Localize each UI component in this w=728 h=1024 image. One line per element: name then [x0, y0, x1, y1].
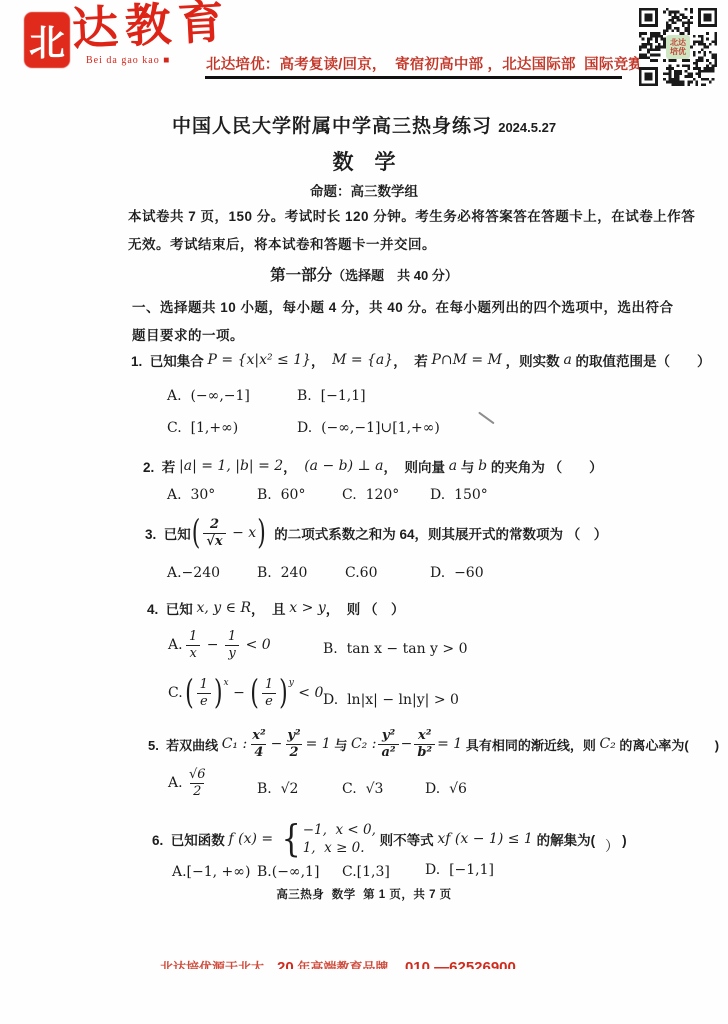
seal-character: 北 [29, 15, 65, 66]
left-paren: ( [185, 674, 194, 713]
promo-text-3: 年高端教育品牌。 [294, 960, 405, 969]
scan-artifact-line [478, 412, 494, 424]
q6-option-d: D. [−1,1] [425, 862, 494, 878]
q2-math-norms: |a| = 1, |b| = 2 [179, 458, 283, 474]
qr-center-badge: 北达 培优 [666, 35, 690, 59]
q5-option-c: C. √3 [342, 781, 383, 797]
notice-line-1: 本试卷共 7 页，150 分。考试时长 120 分钟。考生务必将答案答在答题卡上… [128, 205, 695, 225]
promo-text-2: 20 [277, 959, 294, 969]
exam-date: 2024.5.27 [498, 120, 556, 135]
q5-option-d: D. √6 [425, 781, 467, 797]
brand-subtext: Bei da gao kao ■ [86, 55, 170, 66]
brand-script-text: 达教育 [71, 0, 232, 52]
q6-math-inequality: xf (x − 1) ≤ 1 [437, 831, 532, 847]
q3-fraction: 2√x [203, 518, 225, 548]
instruction-line-1: 一、选择题共 10 小题，每小题 4 分，共 40 分。在每小题列出的四个选项中… [132, 296, 674, 316]
qr-code-image: 北达 培优 [636, 8, 720, 86]
q5-option-a: A. √62 [168, 768, 211, 798]
exam-scan-page: 北 达教育 Bei da gao kao ■ 北达培优：高考复读/回京， 寄宿初… [0, 0, 728, 1024]
q3-option-d: D. −60 [430, 565, 484, 581]
left-paren: ( [192, 514, 201, 553]
notice-line-2: 无效。考试结束后，将本试卷和答题卡一并交回。 [128, 233, 436, 253]
q4-math-reals: x, y ∈ R [197, 600, 252, 616]
q3-option-c: C.60 [345, 565, 377, 581]
right-paren: ) [214, 674, 223, 713]
brand-seal-logo: 北 [25, 13, 69, 67]
q6-piecewise-cases: −1, x < 0,1, x ≥ 0. [303, 821, 376, 857]
q2-option-c: C. 120° [342, 487, 399, 503]
exam-title: 中国人民大学附属中学高三热身练习 [172, 116, 498, 137]
subject-title: 数 学 [0, 146, 728, 176]
exam-title-line: 中国人民大学附属中学高三热身练习 2024.5.27 [0, 111, 728, 138]
section-heading-line: 第一部分（选择题 共 40 分） [0, 263, 728, 285]
q1-math-set-p: P = {x|x² ≤ 1} [208, 352, 312, 368]
q4-option-d: D. ln|x| − ln|y| > 0 [323, 692, 459, 708]
instruction-line-2: 题目要求的一项。 [132, 324, 244, 344]
question-1-stem: 1. 已知集合 P = {x|x² ≤ 1}， M = {a}， 若 P∩M =… [131, 350, 711, 370]
stray-paren-mark: ） [605, 836, 619, 856]
right-paren: ) [279, 674, 288, 713]
left-paren: ( [250, 674, 259, 713]
q1-option-a: A. (−∞,−1] [167, 388, 250, 404]
q5-option-b: B. √2 [257, 781, 298, 797]
q1-math-intersection: P∩M = M [431, 352, 501, 368]
q5-math-c2: C₂ : [351, 736, 377, 752]
q3-option-b: B. 240 [257, 565, 307, 581]
header-divider-rule [205, 76, 622, 79]
promo-footer: 北达培优源于北大，20 年高端教育品牌。 010 —62526900 [160, 957, 516, 969]
q3-option-a: A.−240 [167, 565, 220, 581]
q5-math-c1: C₁ : [222, 736, 248, 752]
q6-option-c: C.[1,3] [342, 864, 390, 880]
q1-option-b: B. [−1,1] [297, 388, 366, 404]
setter-line: 命题：高三数学组 [0, 180, 728, 200]
section-heading-note: （选择题 共 40 分） [332, 268, 458, 283]
question-3-stem: 3. 已知(2√x − x) 的二项式系数之和为 64，则其展开式的常数项为 （… [145, 514, 607, 552]
q2-option-d: D. 150° [430, 487, 488, 503]
q2-math-perp: (a − b) ⊥ a [304, 458, 383, 474]
section-heading: 第一部分 [270, 267, 332, 284]
q4-option-c: C. (1e)x − (1e)y < 0 [168, 678, 323, 708]
q1-math-set-m: M = {a} [332, 352, 393, 368]
question-5-stem: 5. 若双曲线 C₁ :x²4−y²2= 1 与 C₂ :y²a²−x²b²= … [148, 726, 719, 762]
qr-badge-text-2: 培优 [670, 47, 686, 56]
question-2-stem: 2. 若 |a| = 1, |b| = 2， (a − b) ⊥ a， 则向量 … [143, 456, 603, 476]
q1-option-c: C. [1,+∞) [167, 420, 238, 436]
q2-option-a: A. 30° [167, 487, 215, 503]
question-4-stem: 4. 已知 x, y ∈ R， 且 x > y， 则 （ ） [147, 598, 405, 618]
qr-badge-text-1: 北达 [670, 38, 686, 47]
q4-option-a: A. 1x − 1y < 0 [168, 630, 271, 660]
page-footer: 高三热身 数学 第 1 页，共 7 页 [0, 886, 728, 902]
question-6-stem: 6. 已知函数 f (x) = {−1, x < 0,1, x ≥ 0. 则不等… [152, 818, 627, 860]
q6-option-b: B.(−∞,1] [257, 864, 319, 880]
promo-text-1: 北达培优源于北大， [160, 960, 277, 969]
q2-option-b: B. 60° [257, 487, 305, 503]
q6-option-a: A.[−1, +∞) [172, 864, 250, 880]
left-brace: { [282, 817, 301, 861]
header-tagline: 北达培优：高考复读/回京， 寄宿初高中部 ，北达国际部 国际竞赛部 [206, 53, 658, 74]
right-paren: ) [257, 514, 266, 553]
q1-text: 1. 已知集合 [131, 350, 208, 370]
promo-phone: 010 —62526900 [405, 959, 516, 969]
q1-option-d: D. (−∞,−1]∪[1,+∞) [297, 420, 440, 436]
q4-option-b: B. tan x − tan y > 0 [323, 641, 468, 657]
